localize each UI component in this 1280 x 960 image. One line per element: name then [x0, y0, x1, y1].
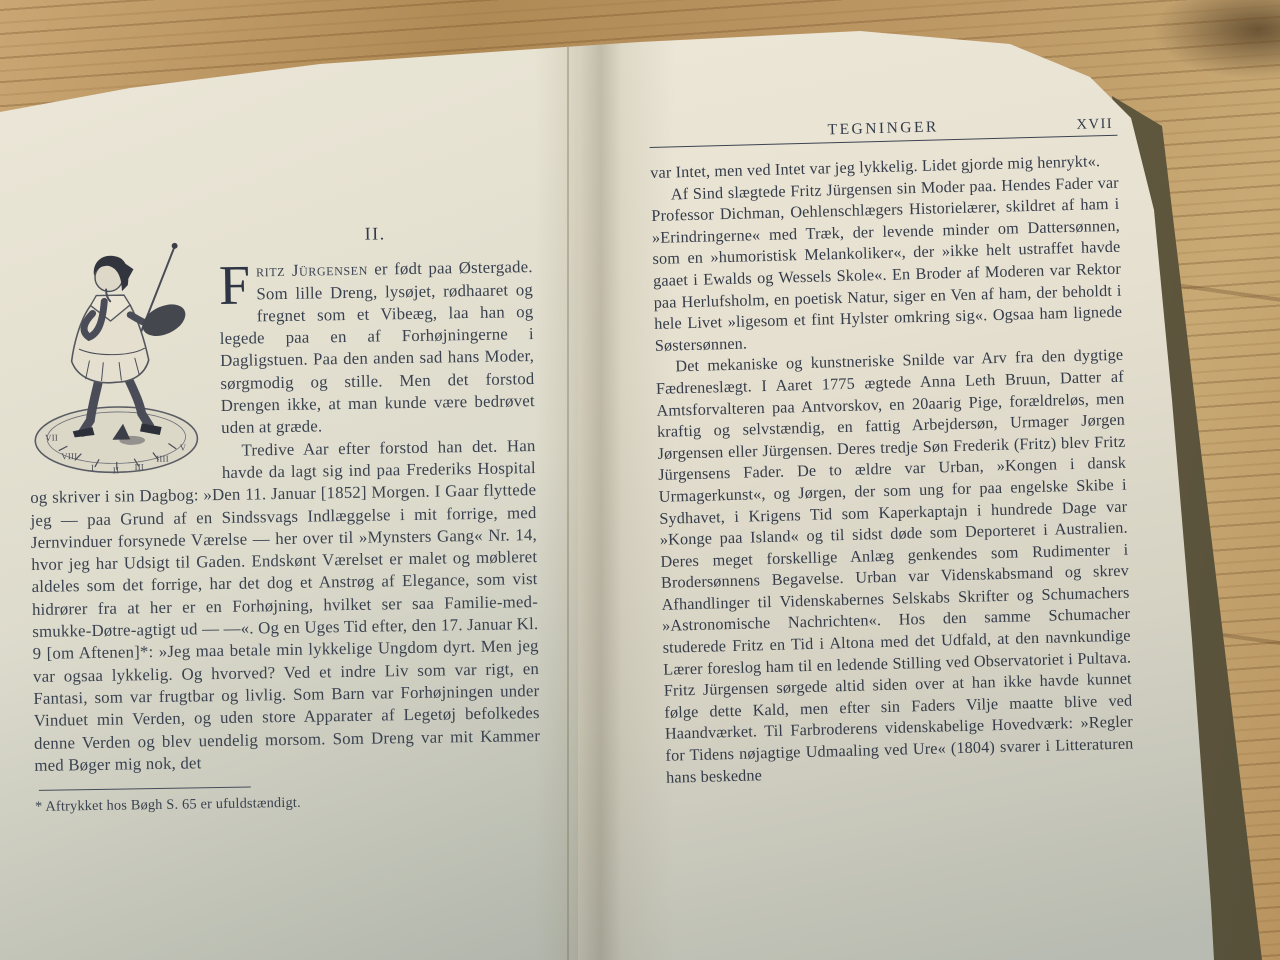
left-page-content: VII VIII I II III IIII V [26, 220, 541, 818]
sundial-numeral: VIII [61, 451, 77, 461]
left-paragraph-1-text: er født paa Østergade. Som lille Dreng, … [220, 257, 535, 437]
footnote-rule [39, 787, 251, 791]
sundial-numeral: IIII [156, 454, 169, 464]
right-paragraph-2: Af Sind slægtede Fritz Jürgensen sin Mod… [651, 172, 1123, 357]
right-paragraph-3: Det mekaniske og kunstneriske Snilde var… [655, 345, 1134, 789]
drop-cap: F [219, 261, 257, 309]
boy-on-sundial-drawing: VII VIII I II III IIII V [26, 227, 208, 480]
open-book: VII VIII I II III IIII V [0, 0, 1280, 960]
sundial-numeral: V [180, 442, 187, 452]
sundial-numeral: I [91, 463, 94, 473]
left-paragraph-2: Tredive Aar efter forstod han det. Han h… [29, 435, 540, 777]
sundial-numeral: II [113, 465, 119, 475]
sundial-numeral: VII [45, 433, 58, 443]
page-number: XVII [1076, 114, 1113, 137]
right-page-content: TEGNINGER XVII var Intet, men ved Intet … [649, 112, 1134, 789]
sundial-numeral: III [135, 462, 145, 472]
lead-small-caps: ritz Jürgensen [256, 260, 368, 281]
boy-on-sundial-illustration: VII VIII I II III IIII V [26, 227, 208, 480]
